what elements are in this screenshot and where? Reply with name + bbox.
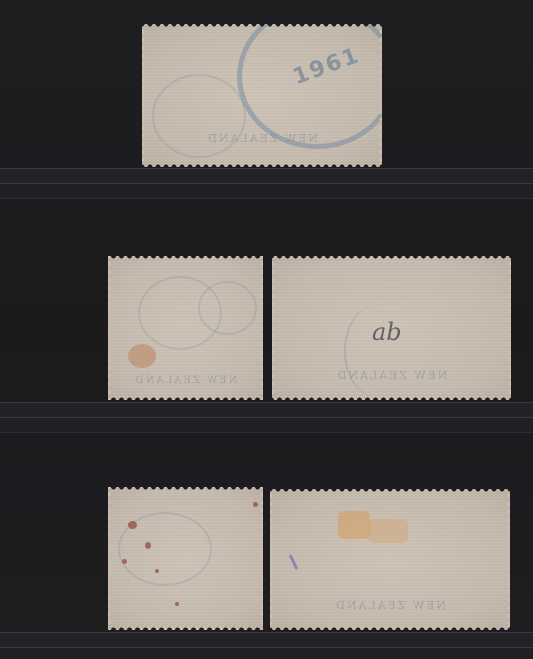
stamp-bottom-left[interactable] <box>108 487 263 630</box>
pencil-note: ab <box>372 318 402 346</box>
red-spot <box>145 542 151 549</box>
red-spot <box>155 569 159 573</box>
red-spot <box>175 602 179 606</box>
hinge-stain <box>338 511 370 539</box>
red-spot <box>128 521 137 529</box>
mount-strip <box>0 402 533 418</box>
brown-stain <box>128 344 156 368</box>
violet-mark <box>289 554 298 570</box>
showthrough-text: NEW ZEALAND <box>272 369 511 382</box>
mount-strip <box>0 168 533 184</box>
red-spot <box>122 559 127 564</box>
mount-strip <box>0 183 533 199</box>
stamp-bottom-right[interactable]: NEW ZEALAND <box>270 489 510 630</box>
stock-card: 1961 NEW ZEALAND NEW ZEALAND ab NEW ZEAL… <box>0 0 533 659</box>
stamp-top[interactable]: 1961 NEW ZEALAND <box>142 24 382 167</box>
red-spot <box>253 502 258 507</box>
design-showthrough <box>152 74 246 158</box>
hinge-stain <box>368 519 408 543</box>
stamp-middle-right[interactable]: ab NEW ZEALAND <box>272 256 511 400</box>
mount-strip <box>0 417 533 433</box>
mount-strip <box>0 632 533 648</box>
mount-strip <box>0 647 533 659</box>
showthrough-text: NEW ZEALAND <box>108 375 263 386</box>
design-showthrough <box>198 281 257 335</box>
showthrough-text: NEW ZEALAND <box>142 132 382 145</box>
showthrough-text: NEW ZEALAND <box>270 599 510 612</box>
stamp-middle-left[interactable]: NEW ZEALAND <box>108 256 263 400</box>
